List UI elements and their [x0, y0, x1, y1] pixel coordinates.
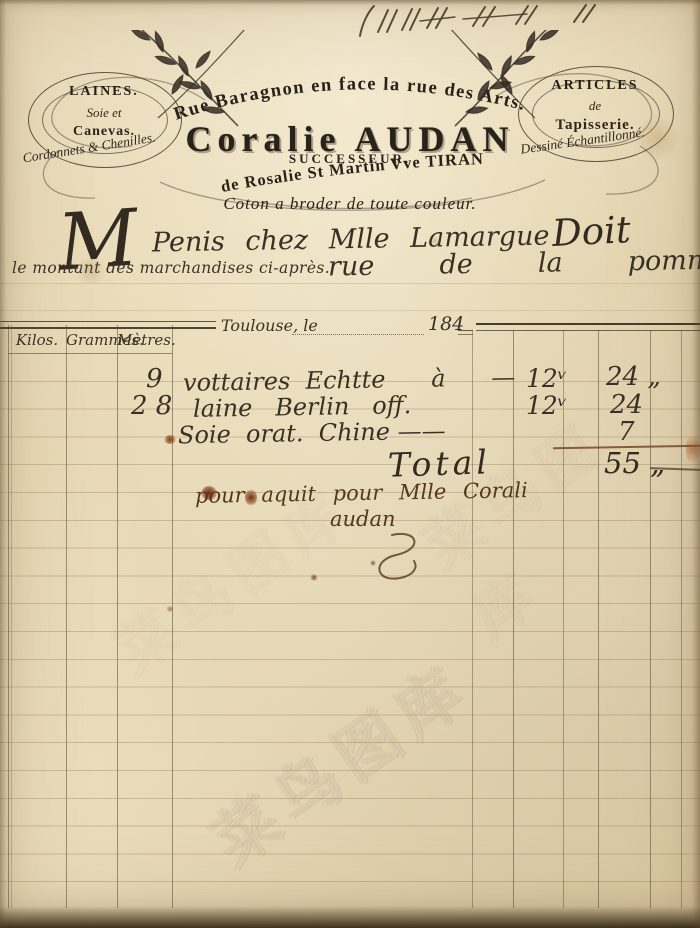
signature-paraph	[352, 527, 442, 597]
header-underline	[8, 353, 172, 354]
table-vline	[117, 325, 118, 908]
top-edge-shadow	[0, 0, 700, 5]
row3-amount: 7	[618, 417, 635, 447]
table-vline	[66, 325, 67, 908]
left-medallion-title: LAINES.	[28, 84, 180, 100]
col-header-metres: Mètres.	[117, 331, 172, 349]
receipt-line1: pour aquit pour Mlle Corali	[195, 478, 528, 508]
bottom-torn-edge	[0, 906, 700, 928]
table-vline	[8, 325, 9, 908]
table-vline	[650, 330, 651, 908]
table-vline	[513, 330, 514, 908]
left-edge-shadow	[0, 0, 6, 928]
row2-amount: 24	[610, 390, 643, 420]
row1-price: 12ᵛ	[526, 364, 567, 393]
top-rule-right	[476, 323, 700, 331]
total-amount: 55 „	[604, 446, 665, 480]
row1-qty: 9	[146, 364, 163, 394]
receipt-line2: audan	[330, 507, 396, 531]
table-vline	[11, 325, 12, 908]
row2-qty: 2 8	[131, 391, 172, 421]
successor-label: SUCCESSEUR.	[250, 151, 450, 167]
table-vline	[681, 330, 682, 908]
right-edge-shadow	[692, 0, 700, 928]
stain	[370, 560, 376, 566]
pen-tally-marks	[0, 0, 700, 50]
stain	[166, 606, 174, 612]
col-header-kilos: Kilos.	[8, 331, 66, 349]
written-address: rue de la pomme	[328, 245, 700, 283]
printed-montant-line: le montant des marchandises ci-après.	[12, 259, 330, 277]
table-vline	[472, 330, 473, 908]
dateline-year: 184	[428, 313, 464, 335]
top-rule-left	[0, 321, 216, 329]
invoice-document: 菜鸟图库 菜鸟图库 菜鸟图库	[0, 0, 700, 928]
table-vline	[598, 330, 599, 908]
right-medallion-title: ARTICLES	[518, 78, 672, 94]
row2-price: 12ᵛ	[526, 391, 567, 420]
stain	[164, 435, 176, 444]
right-medallion-line2: de	[518, 98, 672, 114]
tagline: Coton a broder de toute couleur.	[200, 194, 500, 214]
watermark-text: 菜鸟图库	[192, 639, 487, 884]
stain	[310, 574, 318, 581]
col-header-grammes: Grammes.	[66, 331, 117, 349]
dateline-place: Toulouse, le	[221, 316, 318, 335]
row1-amount: 24 „	[606, 362, 661, 392]
stain	[686, 432, 700, 466]
ruled-line	[0, 310, 700, 311]
